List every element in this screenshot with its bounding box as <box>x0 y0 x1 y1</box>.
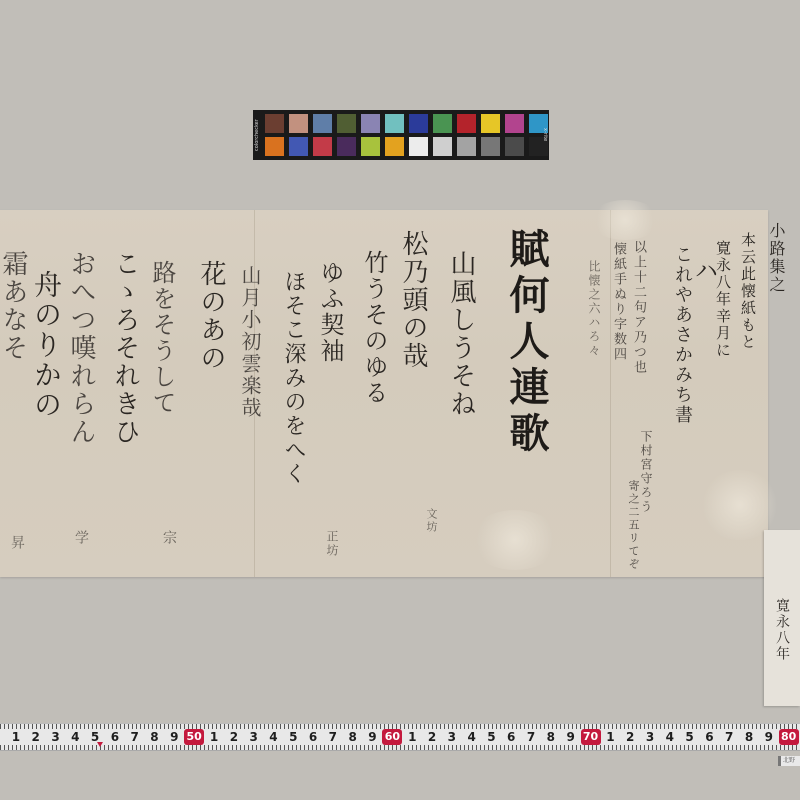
ruler-number: 2 <box>422 729 442 745</box>
color-swatch <box>289 114 308 133</box>
header-note: ハ <box>692 258 716 284</box>
verse-line: ほそこ深みのをへく <box>282 270 304 486</box>
header-note: 寄之二五リてぞ <box>628 480 639 571</box>
color-swatch <box>385 114 404 133</box>
verse-line: 山月小初雲楽哉 <box>240 265 260 419</box>
verse-line: こゝろそれきひ <box>112 250 138 446</box>
ruler-number: 3 <box>640 729 660 745</box>
verse-line: 松乃頭の哉 <box>400 230 426 370</box>
ruler-number: 3 <box>46 729 66 745</box>
color-swatch <box>409 137 428 156</box>
color-swatch <box>313 114 332 133</box>
ruler-number: 8 <box>145 729 165 745</box>
header-note: これやあさかみち書 <box>673 245 691 425</box>
ruler-number: 4 <box>65 729 85 745</box>
color-swatch <box>433 137 452 156</box>
color-swatch <box>505 114 524 133</box>
header-note: 以上十二句ア乃つ也 <box>632 240 645 375</box>
header-note: 下村宮守ろう <box>640 430 652 514</box>
verse-author: 文坊 <box>426 508 437 534</box>
ruler-number: 7 <box>719 729 739 745</box>
ruler-number: 60 <box>382 729 402 745</box>
color-swatch <box>265 137 284 156</box>
verse-line: 花のあの <box>198 260 224 372</box>
ruler-numbers: 1234567895012345678960123456789701234567… <box>0 729 799 745</box>
color-swatch <box>433 114 452 133</box>
ruler-number: 7 <box>521 729 541 745</box>
ruler-number: 9 <box>164 729 184 745</box>
color-swatch <box>409 114 428 133</box>
color-swatch <box>289 137 308 156</box>
ruler-number: 6 <box>303 729 323 745</box>
ruler-number: 4 <box>462 729 482 745</box>
ruler-number: 2 <box>620 729 640 745</box>
slip-date-text: 寛永八年 <box>772 598 792 662</box>
color-checker-brand-label: colorchecker <box>254 116 262 154</box>
color-swatch <box>313 137 332 156</box>
ruler-number: 70 <box>581 729 601 745</box>
color-swatch <box>505 137 524 156</box>
verse-author: 宗 <box>162 530 176 546</box>
color-swatch <box>361 114 380 133</box>
ruler-number: 6 <box>105 729 125 745</box>
ruler-number: 3 <box>442 729 462 745</box>
color-swatch <box>457 137 476 156</box>
verse-author: 昇 <box>10 535 24 551</box>
verse-line: 舟のりかの <box>32 270 60 420</box>
color-swatch <box>457 114 476 133</box>
paper-stain <box>590 200 660 240</box>
verse-line: 山風しうそね <box>448 250 474 418</box>
verse-line: 路をそうして <box>150 260 174 416</box>
ruler-number: 9 <box>759 729 779 745</box>
ruler-number: 5 <box>680 729 700 745</box>
ruler-number: 8 <box>739 729 759 745</box>
ruler-number: 6 <box>700 729 720 745</box>
color-swatch <box>265 114 284 133</box>
verse-line: おへつ嘆れらん <box>68 250 94 446</box>
verse-line: ゆふ契袖 <box>318 260 342 364</box>
header-note: 小路集之 <box>768 222 784 294</box>
color-swatch <box>385 137 404 156</box>
color-swatch <box>481 114 500 133</box>
header-note: 比懐之六ハろ々 <box>588 260 600 358</box>
ruler-number: 5 <box>283 729 303 745</box>
paper-stain <box>470 510 560 570</box>
ruler-number: 1 <box>204 729 224 745</box>
corner-label: 北野 <box>778 756 800 766</box>
verse-author: 学 <box>74 530 88 546</box>
ruler-number: 4 <box>660 729 680 745</box>
ruler-number: 3 <box>244 729 264 745</box>
calligraphy-manuscript: 小路集之 本云此懐紙もと 寛永八年辛月に ハ これやあさかみち書 以上十二句ア乃… <box>0 210 768 577</box>
attached-date-slip: 寛永八年 <box>764 530 800 706</box>
color-swatch <box>361 137 380 156</box>
ruler-number: 2 <box>224 729 244 745</box>
ruler-marker-icon <box>97 742 103 747</box>
x-rite-logo: x-rite <box>541 120 548 150</box>
ruler-number: 1 <box>6 729 26 745</box>
ruler-number: 8 <box>343 729 363 745</box>
verse-author: 正坊 <box>326 530 338 558</box>
color-swatch <box>337 114 356 133</box>
color-swatch-grid <box>265 114 548 156</box>
verse-line: 竹うそのゆる <box>362 250 386 406</box>
ruler-number: 9 <box>561 729 581 745</box>
ruler-number: 1 <box>601 729 621 745</box>
ruler-number: 7 <box>323 729 343 745</box>
ruler-number: 9 <box>363 729 383 745</box>
ruler-ticks-bottom <box>0 745 800 750</box>
ruler-number: 7 <box>125 729 145 745</box>
ruler-number: 50 <box>184 729 204 745</box>
ruler-number: 2 <box>26 729 46 745</box>
ruler-number: 4 <box>264 729 284 745</box>
color-swatch <box>481 137 500 156</box>
ruler-number: 5 <box>482 729 502 745</box>
verse-line: 霜あなそ <box>0 250 26 362</box>
measuring-ruler: 1234567895012345678960123456789701234567… <box>0 723 800 751</box>
ruler-number: 80 <box>779 729 799 745</box>
ruler-number: 8 <box>541 729 561 745</box>
document-title: 賦何人連歌 <box>506 228 546 458</box>
color-swatch <box>337 137 356 156</box>
ruler-number: 6 <box>501 729 521 745</box>
header-note: 懐紙手ぬり字数四 <box>612 242 625 362</box>
ruler-number: 1 <box>402 729 422 745</box>
color-checker-card: colorchecker x-rite <box>253 110 549 160</box>
header-note: 本云此懐紙もと <box>740 232 755 351</box>
